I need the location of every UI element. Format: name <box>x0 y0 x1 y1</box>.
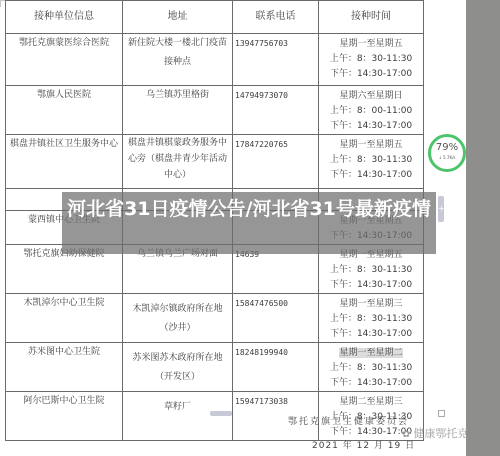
phone-cell: 15847476500 <box>233 294 319 343</box>
address-cell: 棋盘井镇棋蒙政务服务中心旁（棋盘井青少年活动中心） <box>123 135 233 189</box>
watermark: ✿健康鄂托克 <box>402 425 468 441</box>
address-cell: 新住院大楼一楼北门疫苗接种点 <box>123 34 233 86</box>
header-time: 接种时间 <box>319 1 424 34</box>
unit-cell: 苏米图中心卫生院 <box>6 343 123 392</box>
days: 星期六至星期日 <box>321 89 421 104</box>
time-cell: 星期六至星期日 上午：8：00-11:00 下午：14:30-17:00 <box>319 86 424 135</box>
resize-handle-icon[interactable] <box>438 410 445 417</box>
table-header-row: 接种单位信息 地址 联系电话 接种时间 <box>6 1 424 34</box>
watermark-label: 健康鄂托克 <box>413 427 468 440</box>
footer-organization: 鄂托克旗卫生健康委员会 <box>288 414 409 427</box>
overlay-title: 河北省31日疫情公告/河北省31号最新疫情 <box>62 196 436 222</box>
table-row: 鄂旗人民医院 乌兰镇苏里格街 14794973070 星期六至星期日 上午：8：… <box>6 86 424 135</box>
am-hours: 上午：8：30-11:30 <box>321 263 421 278</box>
wechat-icon: ✿ <box>402 429 410 440</box>
time-cell: 星期一至星期五 上午：8：30-11:30 下午：14:30-17:00 <box>319 34 424 86</box>
table-row: 苏米图中心卫生院 苏米图苏木政府所在地（开发区） 18248199940 星期一… <box>6 343 424 392</box>
phone-cell: 13947756703 <box>233 34 319 86</box>
address-cell: 乌兰镇苏里格街 <box>123 86 233 135</box>
plus-icon: + <box>438 204 445 213</box>
footer-date: 2021 年 12 月 19 日 <box>312 438 415 451</box>
address-cell: 草籽厂 <box>123 392 233 441</box>
time-cell: 星期一至星期三 上午：8：30-11:30 下午：14:30-17:00 <box>319 294 424 343</box>
unit-cell: 鄂旗人民医院 <box>6 86 123 135</box>
days: 星期一至星期五 <box>321 37 421 52</box>
side-expand-tab[interactable]: + <box>438 196 444 222</box>
header-address: 地址 <box>123 1 233 34</box>
time-cell: 星期一至星期五 上午：8：30-11:30 下午：14:30-17:00 <box>319 135 424 189</box>
speed-rate: ↓ 5.7K/s <box>431 155 463 161</box>
time-cell: 星期一至星期二 上午：8：30-11:30 下午：14:30-17:00 <box>319 343 424 392</box>
pm-hours: 下午：14:30-17:00 <box>321 278 421 293</box>
days: 星期二至星期三 <box>321 395 421 410</box>
speed-percent: 79% <box>431 141 463 155</box>
days: 星期一至星期二 <box>339 348 402 358</box>
am-hours: 上午：8：30-11:30 <box>321 361 421 376</box>
phone-cell: 18248199940 <box>233 343 319 392</box>
days: 星期一至星期三 <box>321 297 421 312</box>
table-row: 棋盘井镇社区卫生服务中心 棋盘井镇棋蒙政务服务中心旁（棋盘井青少年活动中心） 1… <box>6 135 424 189</box>
pm-hours: 下午：14:30-17:00 <box>321 67 421 82</box>
pm-hours: 下午：14:30-17:00 <box>321 168 421 183</box>
unit-cell: 阿尔巴斯中心卫生院 <box>6 392 123 441</box>
am-hours: 上午：8：30-11:30 <box>321 52 421 67</box>
unit-cell: 木凯淖尔中心卫生院 <box>6 294 123 343</box>
network-speed-widget[interactable]: 79% ↓ 5.7K/s <box>428 134 466 172</box>
days: 星期一至星期五 <box>321 138 421 153</box>
bottom-expand-tab[interactable] <box>210 411 232 416</box>
page-gutter <box>466 0 500 456</box>
unit-cell: 棋盘井镇社区卫生服务中心 <box>6 135 123 189</box>
am-hours: 上午：8：00-11:00 <box>321 104 421 119</box>
am-hours: 上午：8：30-11:30 <box>321 153 421 168</box>
phone-cell: 14794973070 <box>233 86 319 135</box>
header-unit: 接种单位信息 <box>6 1 123 34</box>
pm-hours: 下午：14:30-17:00 <box>321 119 421 134</box>
table-row: 木凯淖尔中心卫生院 木凯淖尔镇政府所在地（沙井） 15847476500 星期一… <box>6 294 424 343</box>
phone-cell: 17847220765 <box>233 135 319 189</box>
unit-cell: 鄂托克旗蒙医综合医院 <box>6 34 123 86</box>
header-phone: 联系电话 <box>233 1 319 34</box>
table-row: 鄂托克旗蒙医综合医院 新住院大楼一楼北门疫苗接种点 13947756703 星期… <box>6 34 424 86</box>
address-cell: 苏米图苏木政府所在地（开发区） <box>123 343 233 392</box>
pm-hours: 下午：14:30-17:00 <box>321 327 421 342</box>
address-cell: 木凯淖尔镇政府所在地（沙井） <box>123 294 233 343</box>
pm-hours: 下午：14:30-17:00 <box>321 376 421 391</box>
am-hours: 上午：8：30-11:30 <box>321 312 421 327</box>
